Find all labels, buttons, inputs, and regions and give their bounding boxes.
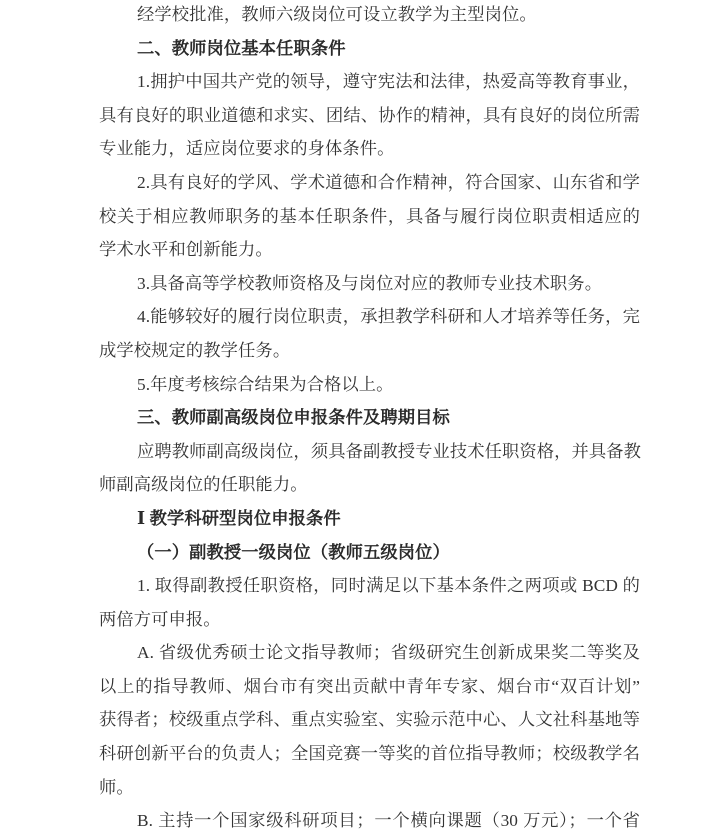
- text-line: 师副高级岗位的任职能力。: [99, 468, 640, 502]
- text-line: 4.能够较好的履行岗位职责，承担教学科研和人才培养等任务，完: [99, 300, 640, 334]
- text-line: A. 省级优秀硕士论文指导教师；省级研究生创新成果奖二等奖及: [99, 636, 640, 670]
- heading-line: 三、教师副高级岗位申报条件及聘期目标: [99, 401, 640, 435]
- text-line: 师。: [99, 771, 640, 805]
- text-line: 两倍方可申报。: [99, 603, 640, 637]
- text-line: 1.拥护中国共产党的领导，遵守宪法和法律，热爱高等教育事业，: [99, 65, 640, 99]
- heading-line: Ⅰ 教学科研型岗位申报条件: [99, 502, 640, 536]
- document-text-block: 经学校批准，教师六级岗位可设立教学为主型岗位。二、教师岗位基本任职条件1.拥护中…: [99, 0, 640, 838]
- text-line: 学术水平和创新能力。: [99, 233, 640, 267]
- text-line: 科研创新平台的负责人；全国竞赛一等奖的首位指导教师；校级教学名: [99, 737, 640, 771]
- text-line: 5.年度考核综合结果为合格以上。: [99, 368, 640, 402]
- heading-line: 二、教师岗位基本任职条件: [99, 32, 640, 66]
- text-line: 获得者；校级重点学科、重点实验室、实验示范中心、人文社科基地等: [99, 703, 640, 737]
- text-line: 3.具备高等学校教师资格及与岗位对应的教师专业技术职务。: [99, 267, 640, 301]
- text-line: 应聘教师副高级岗位，须具备副教授专业技术任职资格，并具备教: [99, 435, 640, 469]
- text-line: 专业能力，适应岗位要求的身体条件。: [99, 132, 640, 166]
- text-line: B. 主持一个国家级科研项目；一个横向课题（30 万元）；一个省: [99, 804, 640, 838]
- text-line: 2.具有良好的学风、学术道德和合作精神，符合国家、山东省和学: [99, 166, 640, 200]
- text-line: 以上的指导教师、烟台市有突出贡献中青年专家、烟台市“双百计划”: [99, 670, 640, 704]
- text-line: 校关于相应教师职务的基本任职条件，具备与履行岗位职责相适应的: [99, 200, 640, 234]
- text-line: 经学校批准，教师六级岗位可设立教学为主型岗位。: [99, 0, 640, 32]
- document-page: 经学校批准，教师六级岗位可设立教学为主型岗位。二、教师岗位基本任职条件1.拥护中…: [0, 0, 720, 840]
- heading-line: （一）副教授一级岗位（教师五级岗位）: [99, 536, 640, 570]
- text-line: 1. 取得副教授任职资格，同时满足以下基本条件之两项或 BCD 的: [99, 569, 640, 603]
- text-line: 成学校规定的教学任务。: [99, 334, 640, 368]
- text-line: 具有良好的职业道德和求实、团结、协作的精神，具有良好的岗位所需: [99, 99, 640, 133]
